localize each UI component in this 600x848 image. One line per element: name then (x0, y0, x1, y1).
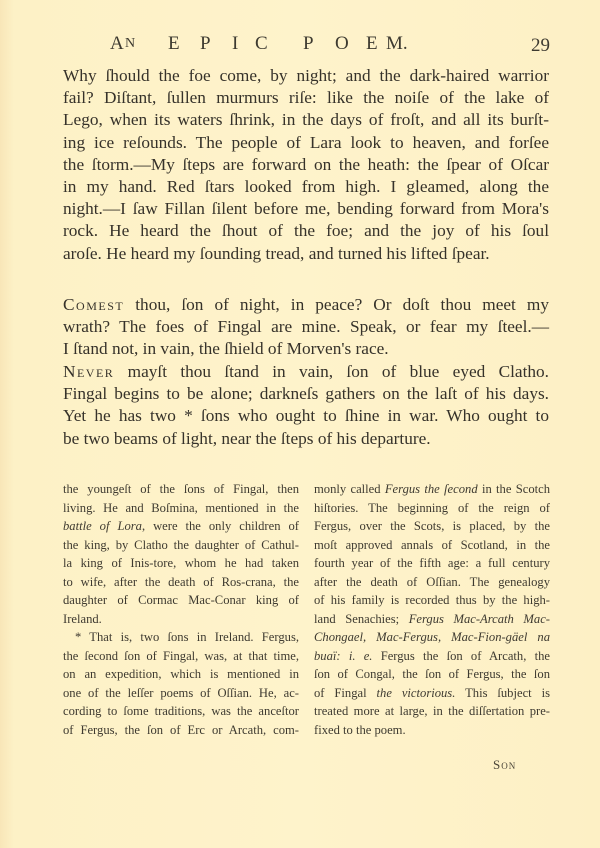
text-line: wrath? The foes of Fingal are mine. Spea… (63, 316, 549, 338)
running-head-letter: E (366, 33, 378, 55)
italic-run: Fergus Mac-Arcath Mac- (409, 612, 550, 626)
text-line: be two beams of light, near the ſteps of… (63, 428, 549, 450)
text-line: in my hand. Red ſtars looked from high. … (63, 176, 549, 198)
footnote-line: ſon of Congal, the ſon of Fergus, the ſo… (314, 665, 550, 684)
running-head: A N E P I C P O E M. 29 (110, 33, 550, 59)
text-run: land Senachies; (314, 612, 409, 626)
paragraph-2: Comest thou, ſon of night, in peace? Or … (63, 294, 549, 361)
footnote-column-left: the youngeſt of the ſons of Fingal, then… (63, 480, 299, 739)
paragraph-1: Why ſhould the foe come, by night; and t… (63, 65, 549, 265)
italic-run: the victorious. (377, 686, 456, 700)
footnote-column-right: monly called Fergus the ſecond in the Sc… (314, 480, 550, 739)
footnote-line: Chongael, Mac-Fergus, Mac-Fion-gäel na (314, 628, 550, 647)
running-head-letter: I (232, 33, 238, 55)
footnote-line: of Fingal the victorious. This ſubject i… (314, 684, 550, 703)
text-run: mayſt thou ſtand in vain, ſon of blue ey… (114, 362, 549, 381)
footnote-line: the ſecond ſon of Fingal, was, at that t… (63, 647, 299, 666)
footnote-line: Fergus, over the Scots, is placed, by th… (314, 517, 550, 536)
running-head-letter: P (303, 33, 314, 55)
footnote-line: battle of Lora, were the only children o… (63, 517, 299, 536)
text-line: the ſtorm.—My ſteps are forward on the h… (63, 154, 549, 176)
text-run: of Fingal (314, 686, 377, 700)
footnote-line: living. He and Boſmina, mentioned in the (63, 499, 299, 518)
text-run: This ſubject is (455, 686, 550, 700)
running-head-letter: E (168, 33, 180, 55)
text-run: , were the only children of (142, 519, 299, 533)
page-number: 29 (531, 35, 550, 57)
footnote-line: on an expedition, which is mentioned in (63, 665, 299, 684)
footnote-line: of Fergus, the ſon of Erc or Arcath, com… (63, 721, 299, 740)
footnote-line: the king, by Clatho the daughter of Cath… (63, 536, 299, 555)
footnote-line: treated more at large, in the diſſertati… (314, 702, 550, 721)
footnote-line: Ireland. (63, 610, 299, 629)
lead-word: Comest (63, 295, 124, 314)
text-line: ing ice reſounds. The people of Lara loo… (63, 132, 549, 154)
text-line: Fingal begins to be alone; darkneſs gath… (63, 383, 549, 405)
text-line: I ſtand not, in vain, the ſhield of Morv… (63, 338, 549, 360)
footnote-line: after the death of Oſſian. The genealogy (314, 573, 550, 592)
italic-run: battle of Lora (63, 519, 142, 533)
lead-word: Never (63, 362, 114, 381)
footnote-line: land Senachies; Fergus Mac-Arcath Mac- (314, 610, 550, 629)
text-line: night.—I ſaw Fillan ſilent before me, be… (63, 198, 549, 220)
running-head-letter: O (335, 33, 349, 55)
text-line: aroſe. He heard my ſounding tread, and t… (63, 243, 549, 265)
footnote-line: to wife, after the death of Ros-crana, t… (63, 573, 299, 592)
text-run: in the Scotch (478, 482, 550, 496)
footnote-line: daughter of Cormac Mac-Conar king of (63, 591, 299, 610)
footnote-line: * That is, two ſons in Ireland. Fergus, (63, 628, 299, 647)
text-line: Lego, when its waters ſhrink, in the day… (63, 109, 549, 131)
italic-run: Fergus the ſecond (385, 482, 478, 496)
text-line: Comest thou, ſon of night, in peace? Or … (63, 294, 549, 316)
running-head-letter: P (200, 33, 211, 55)
italic-run: Chongael, Mac-Fergus, Mac-Fion-gäel na (314, 630, 550, 644)
running-head-letter: M. (386, 33, 408, 55)
footnote-line: monly called Fergus the ſecond in the Sc… (314, 480, 550, 499)
footnote-line: buaï: i. e. Fergus the ſon of Arcath, th… (314, 647, 550, 666)
footnote-line: of his family is recorded thus by the hi… (314, 591, 550, 610)
text-run: Fergus the ſon of Arcath, the (372, 649, 550, 663)
footnote-line: the youngeſt of the ſons of Fingal, then (63, 480, 299, 499)
footnote-line: moſt approved annals of Scotland, in the (314, 536, 550, 555)
text-line: Yet he has two * ſons who ought to ſhine… (63, 405, 549, 427)
text-line: fail? Diſtant, ſullen murmurs riſe: like… (63, 87, 549, 109)
footnote-line: one of the leſſer poems of Oſſian. He, a… (63, 684, 299, 703)
footnote-line: la king of Inis-tore, whom he had taken (63, 554, 299, 573)
paragraph-3: Never mayſt thou ſtand in vain, ſon of b… (63, 361, 549, 450)
footnote-line: fourth year of the fifth age: a full cen… (314, 554, 550, 573)
running-head-letter: C (255, 33, 268, 55)
footnote-line: hiſtories. The beginning of the reign of (314, 499, 550, 518)
running-head-letter: N (125, 36, 135, 52)
text-line: Never mayſt thou ſtand in vain, ſon of b… (63, 361, 549, 383)
text-run: monly called (314, 482, 385, 496)
italic-run: buaï: i. e. (314, 649, 372, 663)
book-page: A N E P I C P O E M. 29 Why ſhould the f… (0, 0, 600, 848)
running-head-letter: A (110, 33, 124, 55)
footnote-line: cording to ſome traditions, was the ance… (63, 702, 299, 721)
catchword: Son (493, 757, 516, 773)
text-run: thou, ſon of night, in peace? Or doſt th… (124, 295, 549, 314)
text-line: Why ſhould the foe come, by night; and t… (63, 65, 549, 87)
footnote-line: fixed to the poem. (314, 721, 550, 740)
text-line: rock. He heard the ſhout of the foe; and… (63, 220, 549, 242)
